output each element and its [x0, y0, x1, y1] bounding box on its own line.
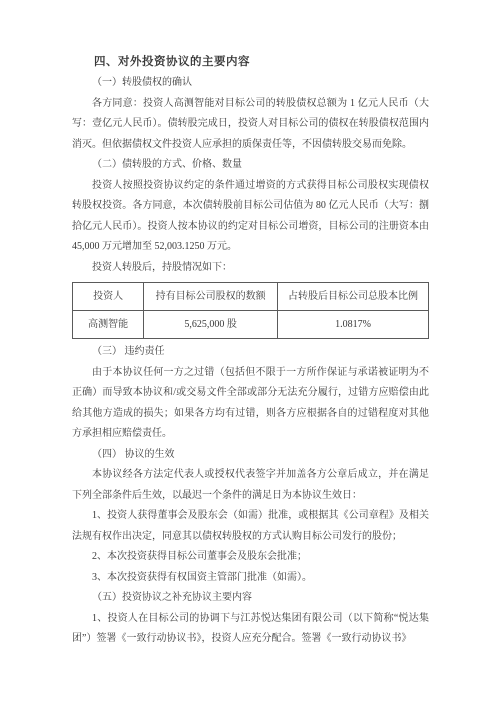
paragraph: 1、投资人在目标公司的协调下与江苏悦达集团有限公司（以下简称“悦达集团”）签署《…: [72, 609, 429, 650]
paragraph: 1、投资人获得董事会及股东会（如需）批准，或根据其《公司章程》及相关法规有权作出…: [72, 506, 429, 547]
document-page: 四、对外投资协议的主要内容 （一）转股债权的确认 各方同意：投资人高测智能对目标…: [0, 0, 500, 707]
table-header-row: 投资人 持有目标公司股权的数额 占转股后目标公司总股本比例: [73, 283, 429, 311]
shareholding-table: 投资人 持有目标公司股权的数额 占转股后目标公司总股本比例 高测智能 5,625…: [72, 282, 429, 339]
document-content: 四、对外投资协议的主要内容 （一）转股债权的确认 各方同意：投资人高测智能对目标…: [72, 52, 429, 650]
table-cell: 高测智能: [73, 311, 144, 339]
paragraph: 3、本次投资获得有权国资主管部门批准（如需）。: [72, 568, 429, 589]
paragraph: 各方同意：投资人高测智能对目标公司的转股债权总额为 1 亿元人民币（大写：壹亿元…: [72, 94, 429, 156]
table-cell: 5,625,000 股: [144, 311, 278, 339]
section-heading-4: （四） 协议的生效: [72, 445, 429, 466]
section-heading-5: （五）投资协议之补充协议主要内容: [72, 588, 429, 609]
table-header-cell: 持有目标公司股权的数额: [144, 283, 278, 311]
section-heading-2: （二）债转股的方式、价格、数量: [72, 155, 429, 176]
paragraph: 投资人转股后，持股情况如下：: [72, 258, 429, 279]
paragraph: 本协议经各方法定代表人或授权代表签字并加盖各方公章后成立，并在满足下列全部条件后…: [72, 465, 429, 506]
paragraph: 投资人按照投资协议约定的条件通过增资的方式获得目标公司股权实现债权转股权投资。各…: [72, 176, 429, 258]
paragraph: 由于本协议任何一方之过错（包括但不限于一方所作保证与承诺被证明为不正确）而导致本…: [72, 363, 429, 445]
paragraph: 2、本次投资获得目标公司董事会及股东会批准；: [72, 547, 429, 568]
section-heading-1: （一）转股债权的确认: [72, 73, 429, 94]
page-title: 四、对外投资协议的主要内容: [72, 52, 429, 73]
table-row: 高测智能 5,625,000 股 1.0817%: [73, 311, 429, 339]
table-header-cell: 占转股后目标公司总股本比例: [278, 283, 429, 311]
table-header-cell: 投资人: [73, 283, 144, 311]
table-cell: 1.0817%: [278, 311, 429, 339]
section-heading-3: （三） 违约责任: [72, 342, 429, 363]
